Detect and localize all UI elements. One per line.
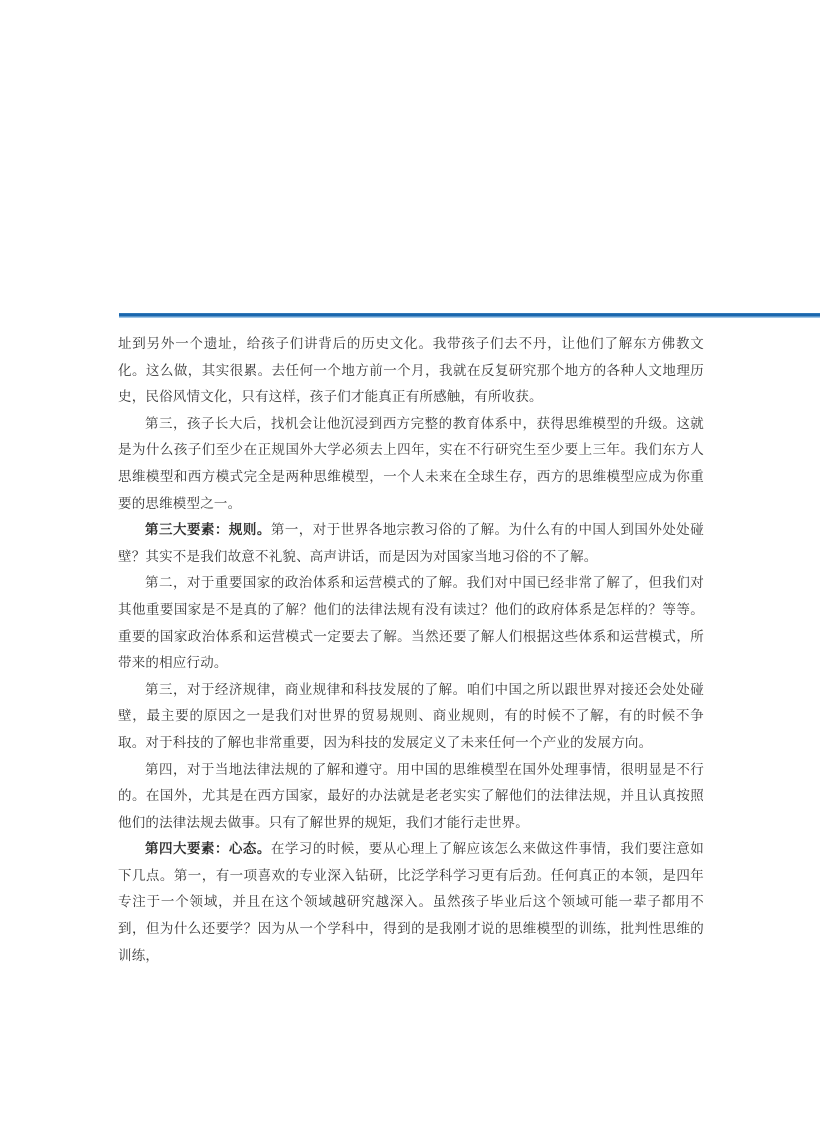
paragraph-text: 第二，对于重要国家的政治体系和运营模式的了解。我们对中国已经非常了解了，但我们对… — [118, 575, 704, 671]
paragraph-text: 第四，对于当地法律法规的了解和遵守。用中国的思维模型在国外处理事情，很明显是不行… — [118, 762, 704, 831]
paragraph-fourth-point-law: 第四，对于当地法律法规的了解和遵守。用中国的思维模型在国外处理事情，很明显是不行… — [118, 757, 704, 837]
paragraph-text: 在学习的时候，要从心理上了解应该怎么来做这件事情，我们要注意如下几点。第一，有一… — [118, 841, 704, 963]
paragraph-lead-bold: 第三大要素：规则。 — [145, 522, 271, 538]
paragraph-second-point: 第二，对于重要国家的政治体系和运营模式的了解。我们对中国已经非常了解了，但我们对… — [118, 570, 704, 676]
paragraph-element-four-mindset: 第四大要素：心态。在学习的时候，要从心理上了解应该怎么来做这件事情，我们要注意如… — [118, 836, 704, 969]
paragraph-continuation: 址到另外一个遗址，给孩子们讲背后的历史文化。我带孩子们去不丹，让他们了解东方佛教… — [118, 331, 704, 411]
paragraph-third-point-economy: 第三，对于经济规律，商业规律和科技发展的了解。咱们中国之所以跟世界对接还会处处碰… — [118, 677, 704, 757]
paragraph-element-three-rules: 第三大要素：规则。第一，对于世界各地宗教习俗的了解。为什么有的中国人到国外处处碰… — [118, 517, 704, 570]
paragraph-text: 第三，孩子长大后，找机会让他沉浸到西方完整的教育体系中，获得思维模型的升级。这就… — [118, 416, 704, 512]
section-divider-rule — [119, 313, 820, 318]
text-block: 址到另外一个遗址，给孩子们讲背后的历史文化。我带孩子们去不丹，让他们了解东方佛教… — [118, 331, 704, 969]
paragraph-text: 第三，对于经济规律，商业规律和科技发展的了解。咱们中国之所以跟世界对接还会处处碰… — [118, 682, 704, 751]
paragraph-lead-bold: 第四大要素：心态。 — [145, 841, 271, 857]
document-page: 址到另外一个遗址，给孩子们讲背后的历史文化。我带孩子们去不丹，让他们了解东方佛教… — [0, 0, 820, 1122]
paragraph-text: 址到另外一个遗址，给孩子们讲背后的历史文化。我带孩子们去不丹，让他们了解东方佛教… — [118, 336, 704, 405]
paragraph-third-point: 第三，孩子长大后，找机会让他沉浸到西方完整的教育体系中，获得思维模型的升级。这就… — [118, 411, 704, 517]
